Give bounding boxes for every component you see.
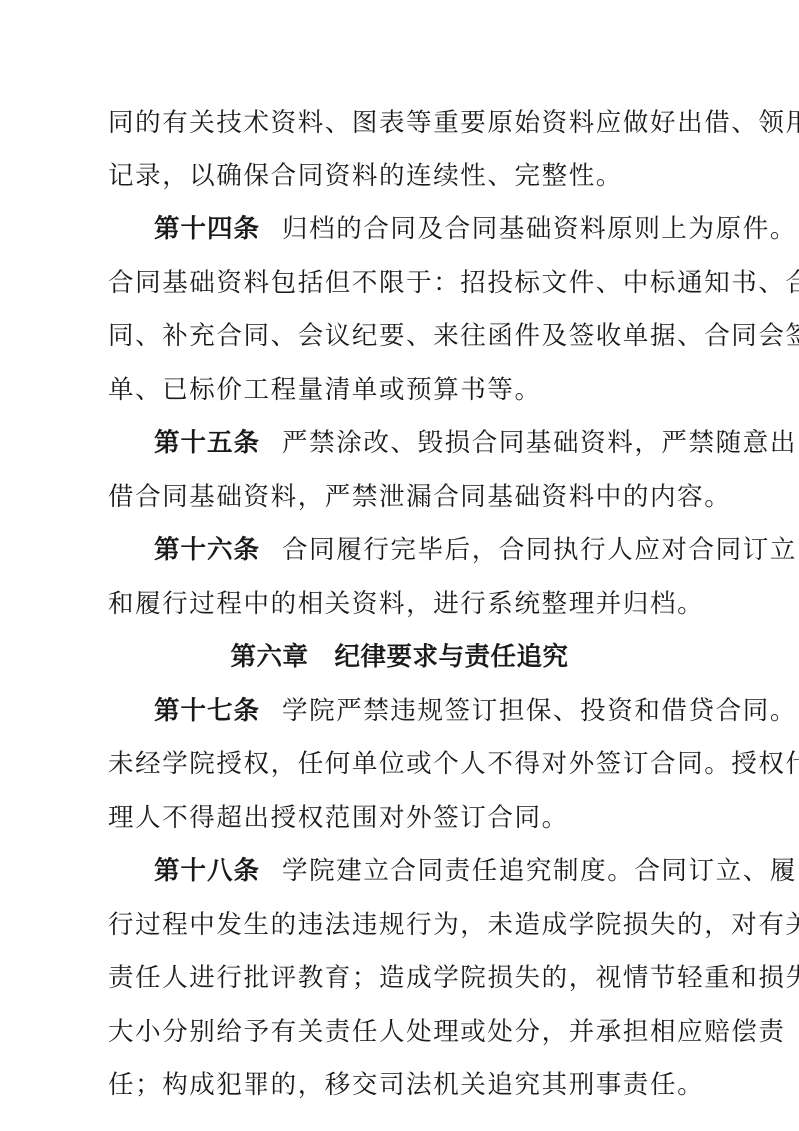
article-17: 第十七条学院严禁违规签订担保、投资和借贷合同。 (154, 696, 692, 726)
article-label: 第十七条 (154, 696, 260, 726)
paragraph-line: 大小分别给予有关责任人处理或处分，并承担相应赔偿责 (108, 1017, 692, 1047)
article-text: 学院严禁违规签订担保、投资和借贷合同。 (282, 696, 797, 726)
document-page: 同的有关技术资料、图表等重要原始资料应做好出借、领用 记录，以确保合同资料的连续… (0, 0, 799, 1131)
article-text: 归档的合同及合同基础资料原则上为原件。 (282, 214, 797, 244)
article-label: 第十四条 (154, 214, 260, 244)
paragraph-line: 行过程中发生的违法违规行为，未造成学院损失的，对有关 (108, 910, 692, 940)
paragraph-line: 合同基础资料包括但不限于：招投标文件、中标通知书、合 (108, 268, 692, 298)
paragraph-line: 单、已标价工程量清单或预算书等。 (108, 375, 692, 405)
article-text: 合同履行完毕后，合同执行人应对合同订立 (282, 535, 797, 565)
article-14: 第十四条归档的合同及合同基础资料原则上为原件。 (154, 214, 692, 244)
article-18: 第十八条学院建立合同责任追究制度。合同订立、履 (154, 856, 692, 886)
paragraph-line: 未经学院授权，任何单位或个人不得对外签订合同。授权代 (108, 749, 692, 779)
paragraph-line: 借合同基础资料，严禁泄漏合同基础资料中的内容。 (108, 482, 692, 512)
paragraph-line: 任；构成犯罪的，移交司法机关追究其刑事责任。 (108, 1070, 692, 1100)
paragraph-line: 同的有关技术资料、图表等重要原始资料应做好出借、领用 (108, 108, 692, 138)
paragraph-line: 理人不得超出授权范围对外签订合同。 (108, 803, 692, 833)
paragraph-line: 同、补充合同、会议纪要、来往函件及签收单据、合同会签 (108, 321, 692, 351)
paragraph-line: 和履行过程中的相关资料，进行系统整理并归档。 (108, 589, 692, 619)
article-label: 第十六条 (154, 535, 260, 565)
article-text: 严禁涂改、毁损合同基础资料，严禁随意出 (282, 428, 797, 458)
paragraph-line: 责任人进行批评教育；造成学院损失的，视情节轻重和损失 (108, 963, 692, 993)
article-text: 学院建立合同责任追究制度。合同订立、履 (282, 856, 797, 886)
chapter-heading: 第六章 纪律要求与责任追究 (0, 642, 799, 672)
article-label: 第十五条 (154, 428, 260, 458)
article-16: 第十六条合同履行完毕后，合同执行人应对合同订立 (154, 535, 692, 565)
paragraph-line: 记录，以确保合同资料的连续性、完整性。 (108, 161, 692, 191)
article-15: 第十五条严禁涂改、毁损合同基础资料，严禁随意出 (154, 428, 692, 458)
article-label: 第十八条 (154, 856, 260, 886)
